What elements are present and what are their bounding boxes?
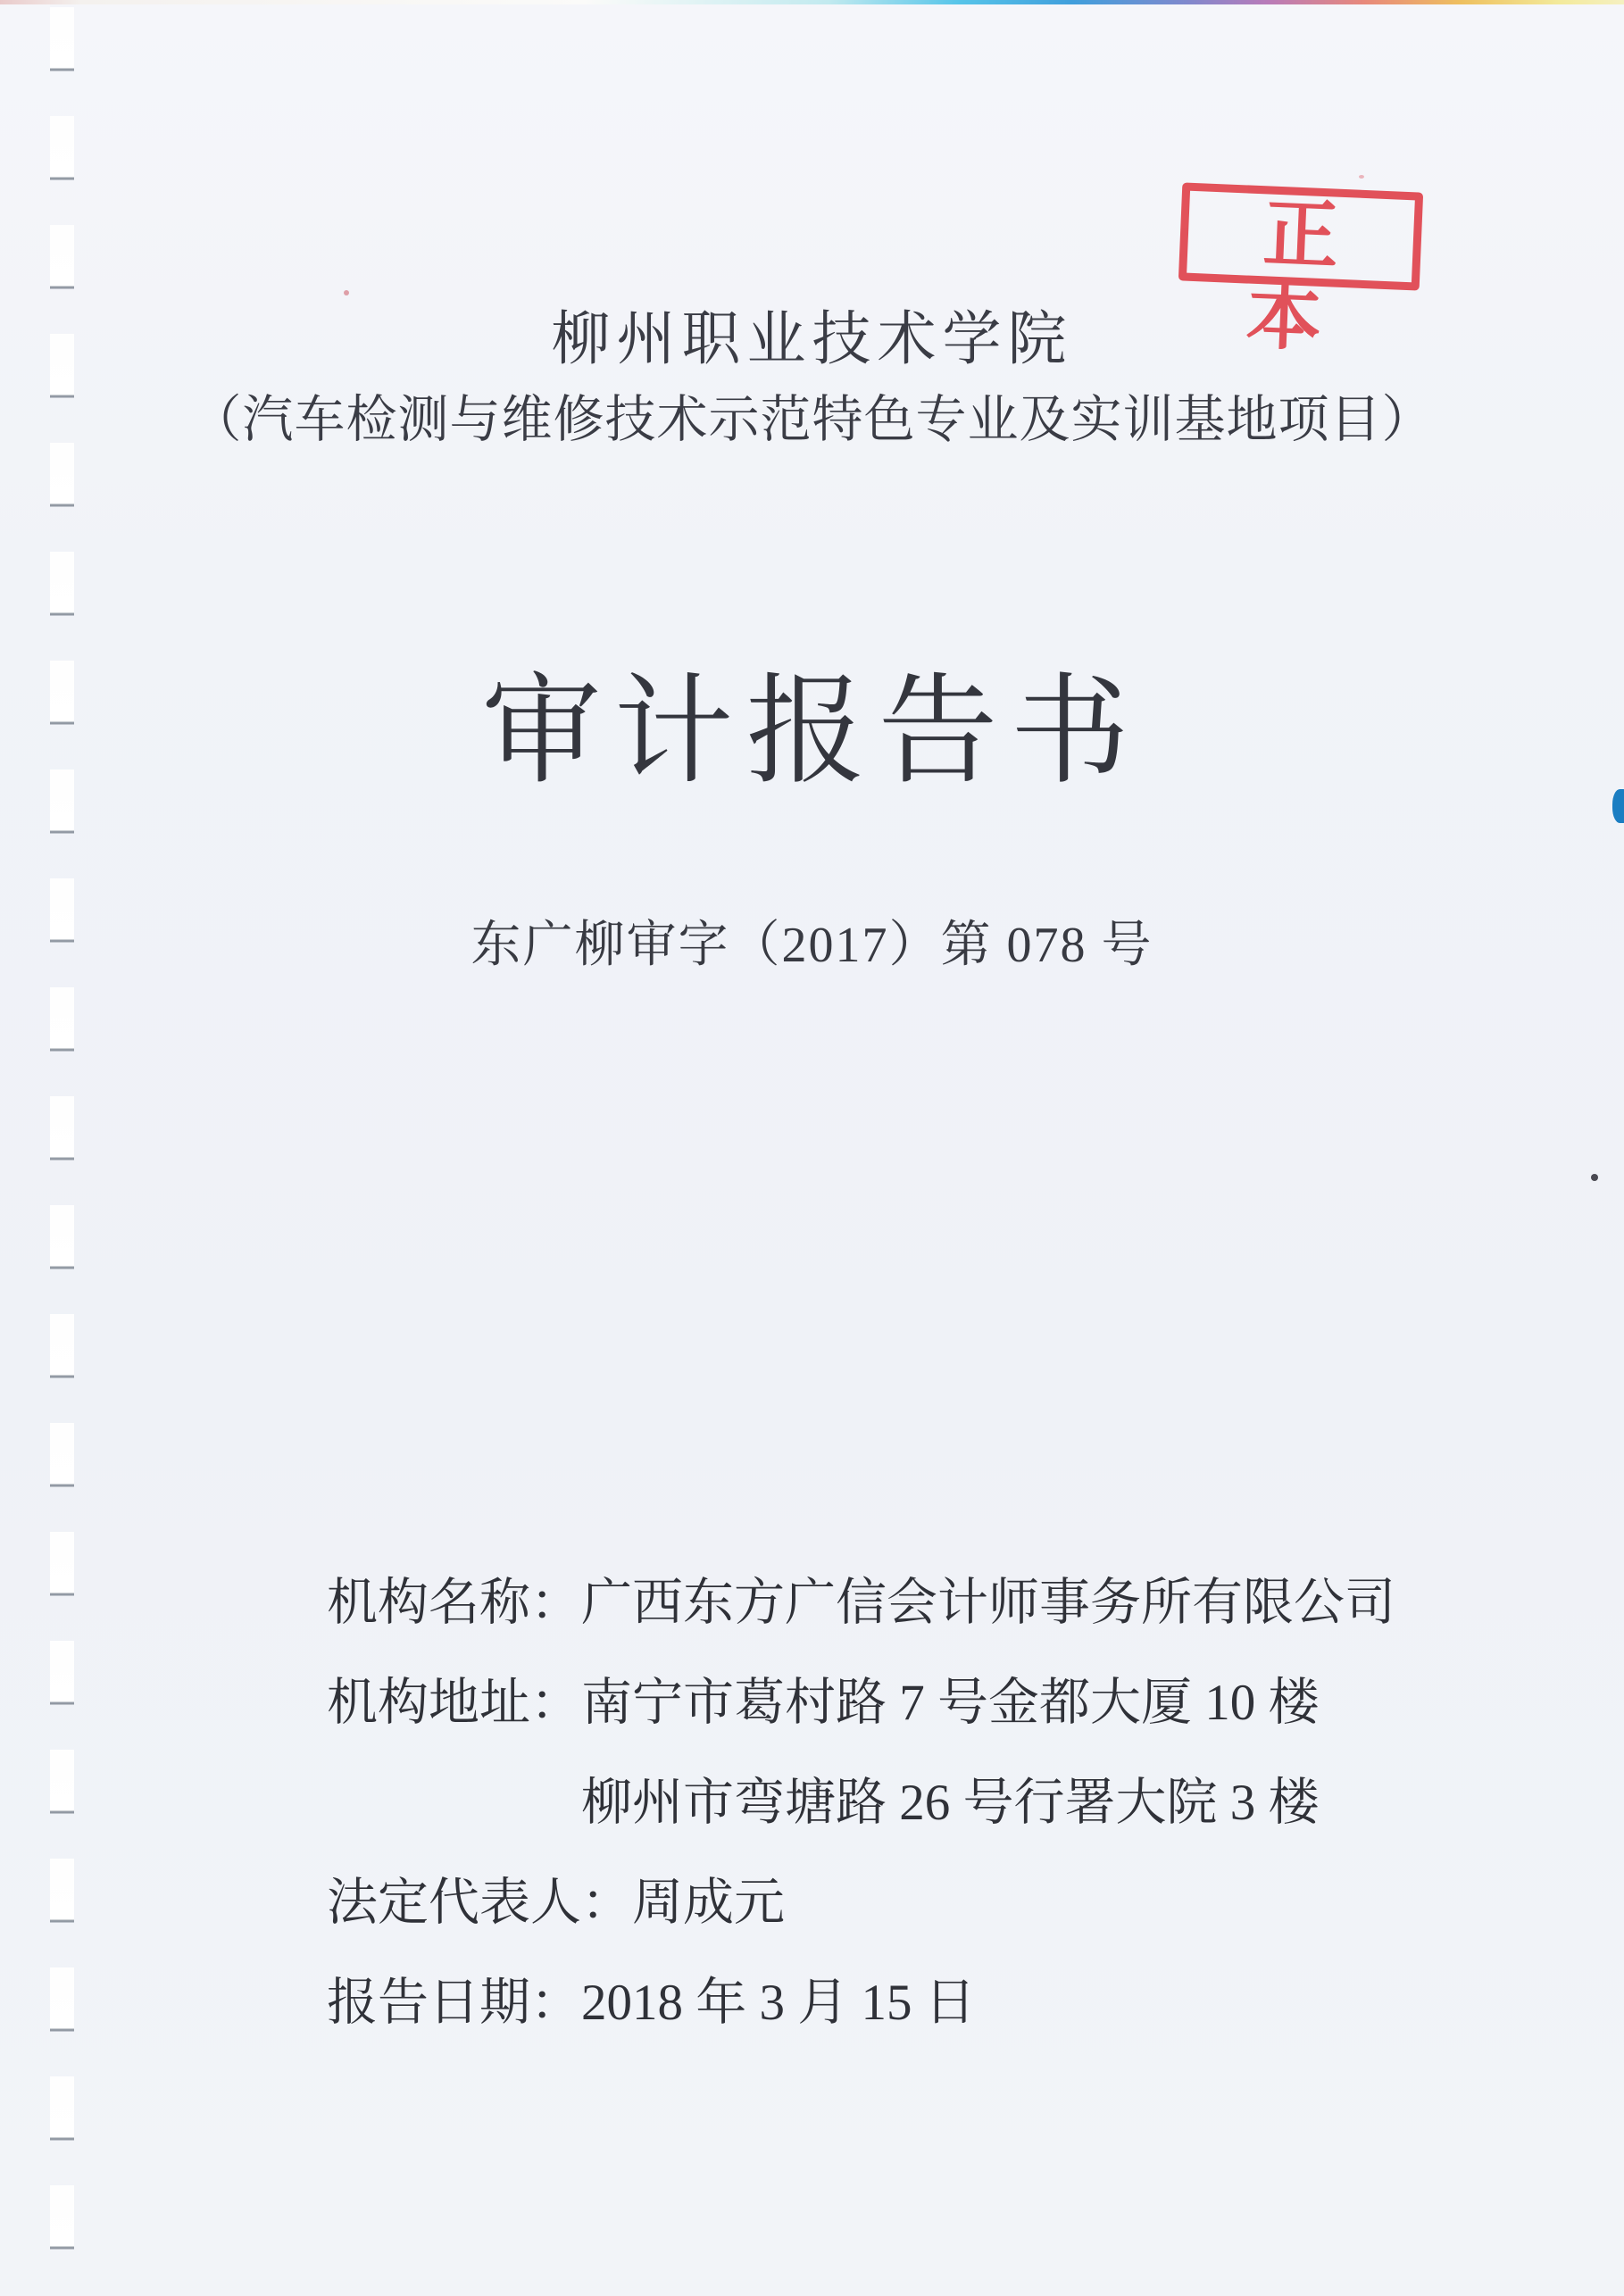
report-title: 审计报告书	[0, 636, 1624, 807]
info-row-agency-address-2: 柳州市弯塘路 26 号行署大院 3 楼	[581, 1753, 1395, 1853]
original-copy-stamp: 正本	[1178, 182, 1423, 290]
info-value: 柳州市弯塘路 26 号行署大院 3 楼	[581, 1753, 1320, 1853]
info-row-legal-representative: 法定代表人：周成元	[327, 1853, 1395, 1953]
organization-name: 柳州职业技术学院	[0, 291, 1624, 376]
scanner-edge-artifact	[0, 0, 1624, 4]
info-label: 机构名称：	[327, 1553, 581, 1653]
faint-red-speck	[1359, 175, 1364, 179]
info-value: 周成元	[632, 1853, 785, 1953]
info-label: 法定代表人：	[327, 1853, 632, 1953]
info-value: 南宁市葛村路 7 号金都大厦 10 楼	[581, 1653, 1320, 1753]
info-label: 报告日期：	[327, 1953, 581, 2053]
info-row-agency-address-1: 机构地址：南宁市葛村路 7 号金都大厦 10 楼	[327, 1653, 1395, 1753]
pink-speck	[344, 290, 349, 295]
info-value: 广西东方广信会计师事务所有限公司	[581, 1553, 1395, 1653]
info-row-agency-name: 机构名称：广西东方广信会计师事务所有限公司	[327, 1553, 1395, 1653]
project-subtitle: （汽车检测与维修技术示范特色专业及实训基地项目）	[0, 379, 1624, 452]
reference-number: 东广柳审字（2017）第 078 号	[0, 905, 1624, 977]
agency-info-block: 机构名称：广西东方广信会计师事务所有限公司 机构地址：南宁市葛村路 7 号金都大…	[327, 1553, 1395, 2053]
blue-ink-mark	[1612, 789, 1624, 823]
info-label: 机构地址：	[327, 1653, 581, 1753]
dark-speck	[1591, 1174, 1598, 1181]
info-row-report-date: 报告日期：2018 年 3 月 15 日	[327, 1953, 1395, 2053]
info-value: 2018 年 3 月 15 日	[581, 1953, 976, 2053]
